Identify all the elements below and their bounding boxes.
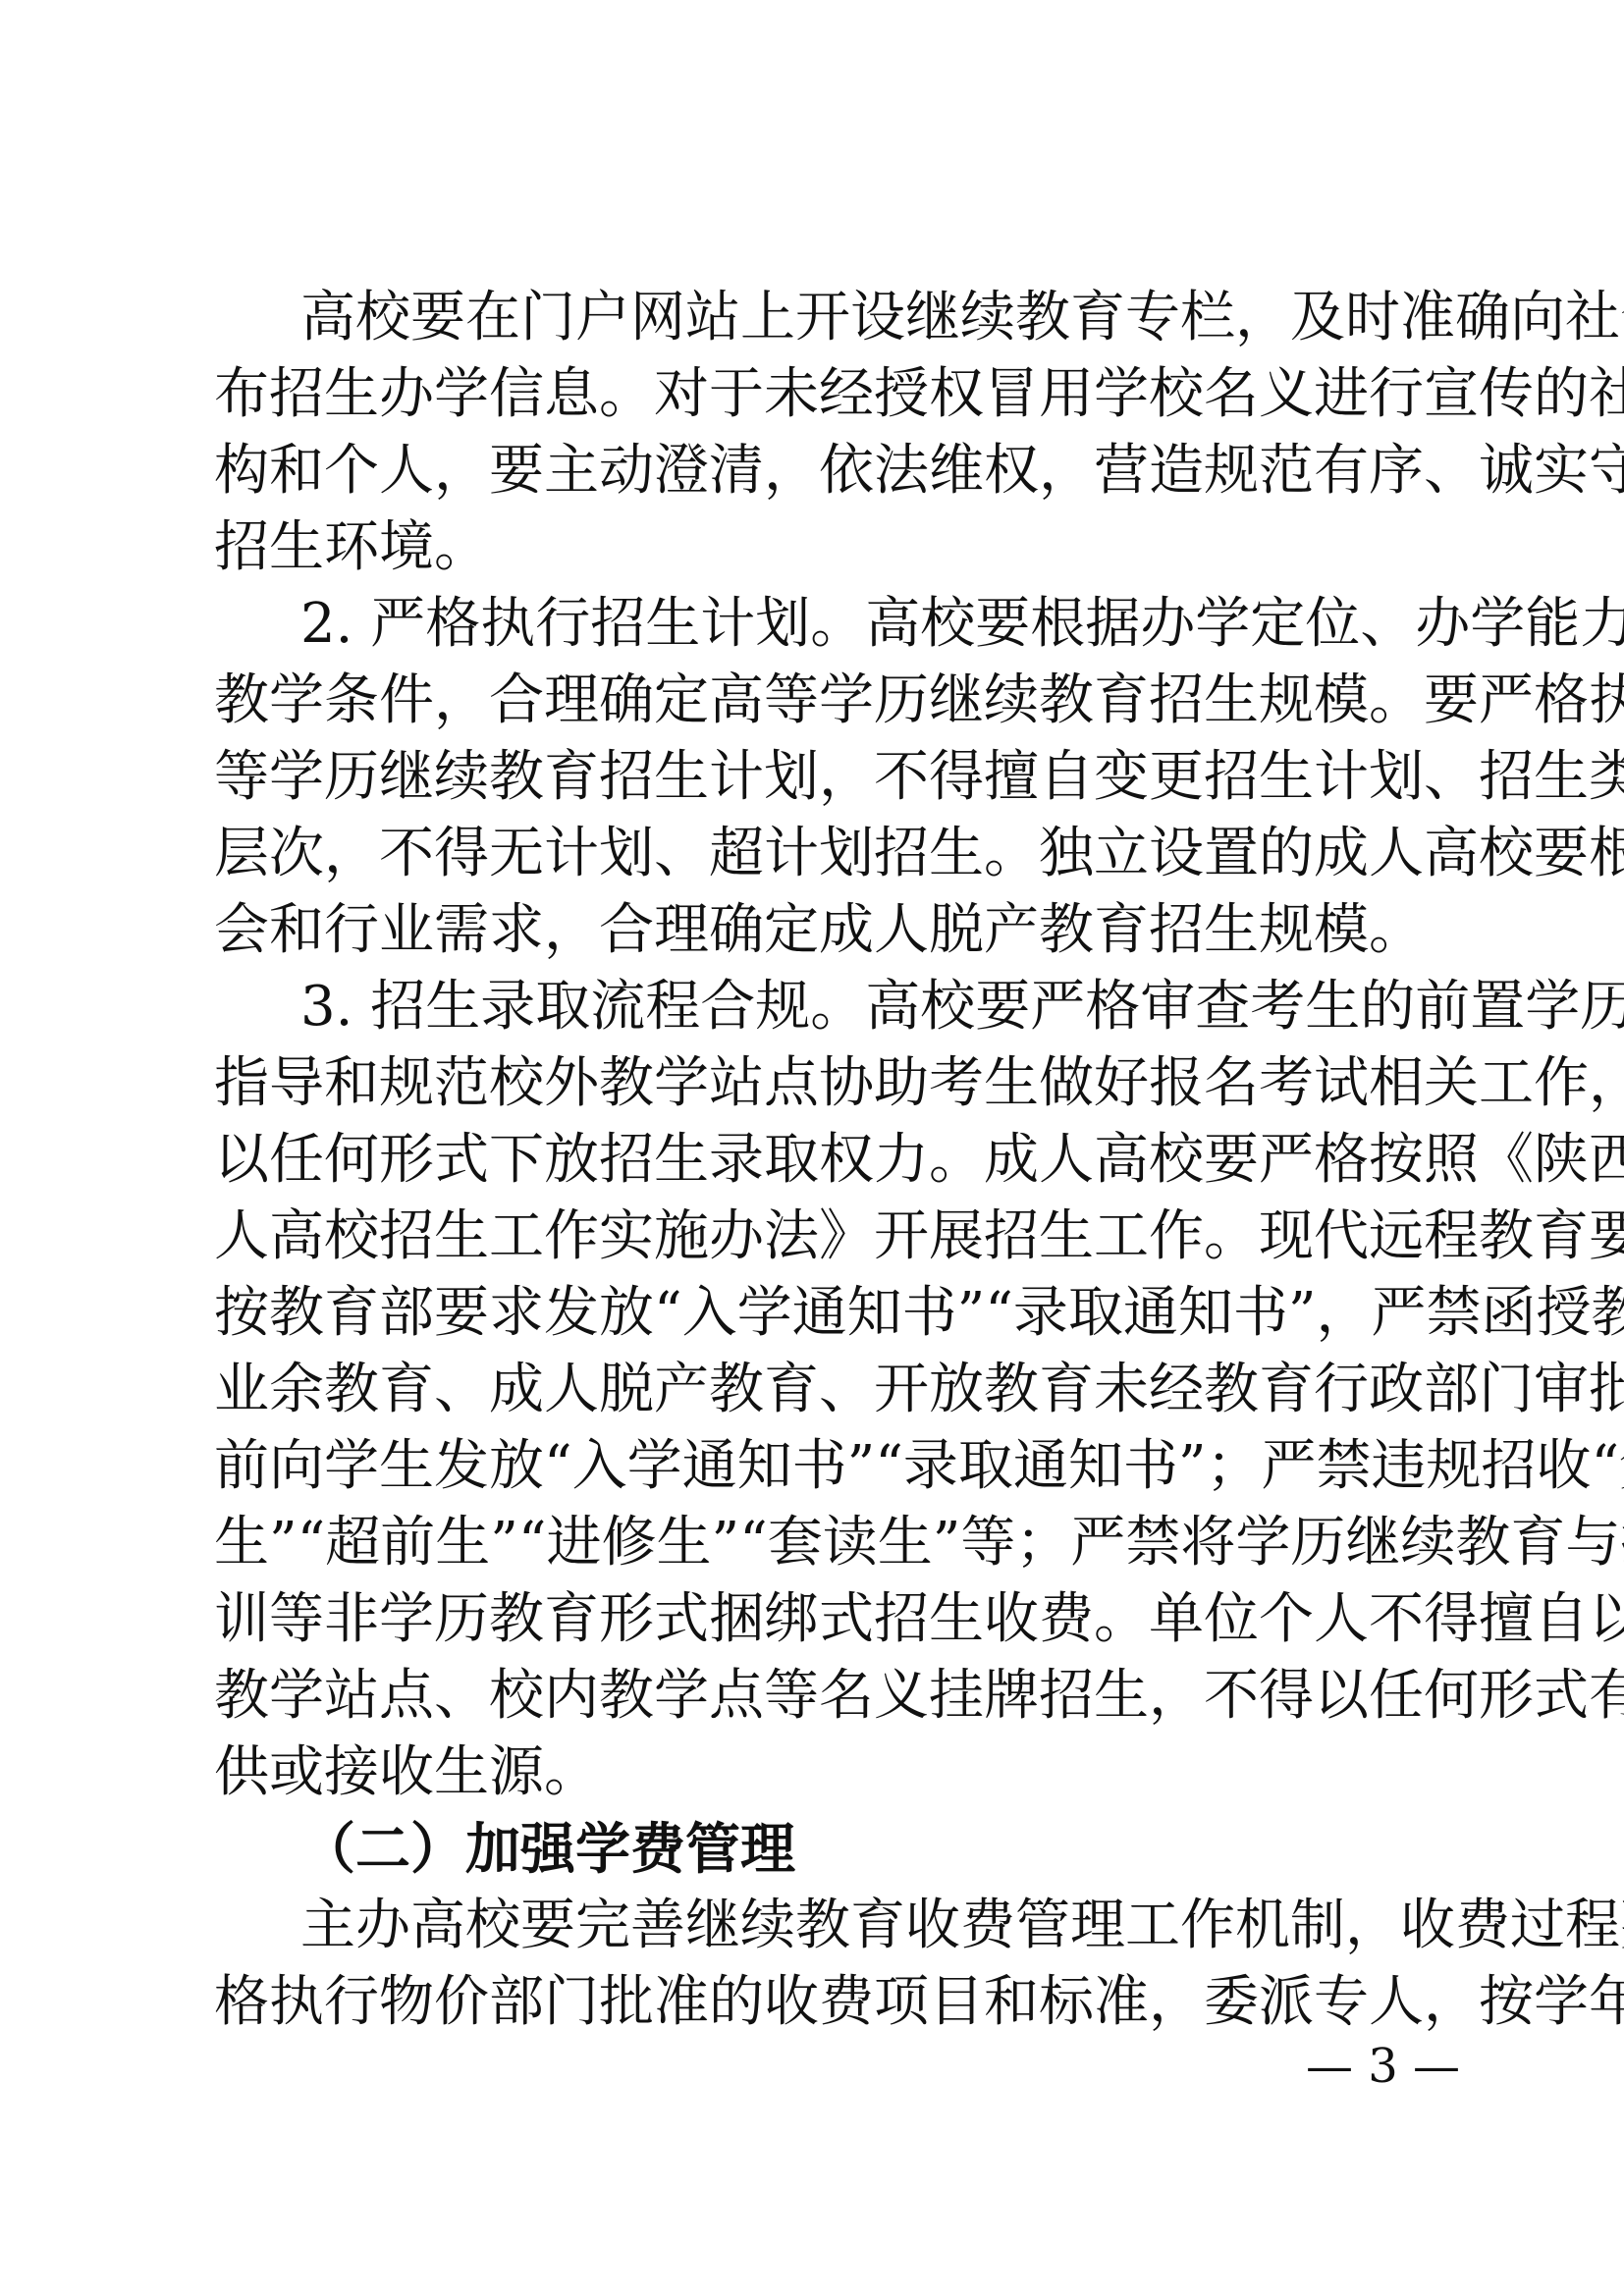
para-1-line-1: 高校要在门户网站上开设继续教育专栏，及时准确向社会公 [300,280,1432,356]
para-1-line-2: 布招生办学信息。对于未经授权冒用学校名义进行宣传的社会机 [214,356,1432,433]
para-1-line-4: 招生环境。 [214,509,1432,586]
document-page: 高校要在门户网站上开设继续教育专栏，及时准确向社会公 布招生办学信息。对于未经授… [0,0,1624,2296]
para-1-line-3: 构和个人，要主动澄清，依法维权，营造规范有序、诚实守信的 [214,433,1432,509]
para-2-line-1: 2. 严格执行招生计划。高校要根据办学定位、办学能力和 [300,586,1432,663]
section-heading: （二）加强学费管理 [300,1811,1432,1888]
page-number: — 3 — [1306,2032,1460,2101]
para-2-line-5: 会和行业需求，合理确定成人脱产教育招生规模。 [214,892,1432,969]
para-2-line-2: 教学条件，合理确定高等学历继续教育招生规模。要严格执行高 [214,663,1432,739]
para-3-line-1: 3. 招生录取流程合规。高校要严格审查考生的前置学历， [300,969,1432,1045]
para-3-line-10: 教学站点、校内教学点等名义挂牌招生，不得以任何形式有偿提 [214,1658,1432,1735]
para-3-line-7: 前向学生发放“入学通知书”“录取通知书”；严禁违规招收“免试 [214,1428,1432,1505]
para-3-line-8: 生”“超前生”“进修生”“套读生”等；严禁将学历继续教育与技能培 [214,1505,1432,1581]
para-3-line-2: 指导和规范校外教学站点协助考生做好报名考试相关工作，不得 [214,1045,1432,1122]
para-3-line-6: 业余教育、成人脱产教育、开放教育未经教育行政部门审批，提 [214,1352,1432,1428]
para-3-line-3: 以任何形式下放招生录取权力。成人高校要严格按照《陕西省成 [214,1122,1432,1199]
para-2-line-4: 层次，不得无计划、超计划招生。独立设置的成人高校要根据社 [214,816,1432,892]
para-2-line-3: 等学历继续教育招生计划，不得擅自变更招生计划、招生类型与 [214,739,1432,816]
para-3-line-11: 供或接收生源。 [214,1735,1432,1811]
para-3-line-5: 按教育部要求发放“入学通知书”“录取通知书”，严禁函授教育、 [214,1275,1432,1352]
para-3-line-4: 人高校招生工作实施办法》开展招生工作。现代远程教育要严格 [214,1199,1432,1275]
para-4-line-1: 主办高校要完善继续教育收费管理工作机制，收费过程要严 [300,1888,1432,1964]
para-3-line-9: 训等非学历教育形式捆绑式招生收费。单位个人不得擅自以直属 [214,1581,1432,1658]
para-4-line-2: 格执行物价部门批准的收费项目和标准，委派专人，按学年或学 [214,1964,1432,2041]
